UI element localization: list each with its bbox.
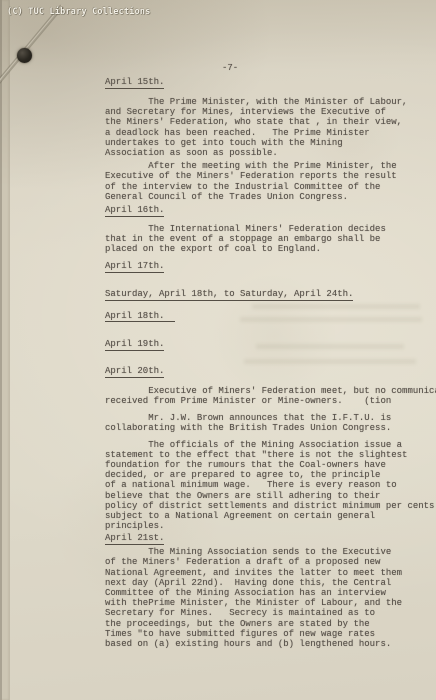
text-line: foundation for the rumours that the Coal… bbox=[105, 460, 436, 470]
paragraph: Mr. J.W. Brown announces that the I.F.T.… bbox=[105, 413, 436, 433]
text-line: decided, or are prepared to agree to, th… bbox=[105, 470, 436, 480]
paragraph: After the meeting with the Prime Ministe… bbox=[105, 161, 436, 202]
typed-text-blocks: April 15th. The Prime Minister, with the… bbox=[105, 77, 436, 649]
text-line: Committee of the Mining Association has … bbox=[105, 588, 436, 598]
copyright-watermark: (C) TUC Library Collections bbox=[7, 6, 151, 18]
document-page: -7- April 15th. The Prime Minister, with… bbox=[9, 0, 436, 700]
paragraph: The International Miners' Federation dec… bbox=[105, 224, 436, 255]
text-line: Association as soon as possible. bbox=[105, 148, 436, 158]
text-line: Mr. J.W. Brown announces that the I.F.T.… bbox=[105, 413, 436, 423]
paragraph: The officials of the Mining Association … bbox=[105, 440, 436, 532]
paragraph: Executive of Miners' Federation meet, bu… bbox=[105, 386, 436, 406]
text-line: the proceedings, but the Owners are stat… bbox=[105, 619, 436, 629]
text-line: a deadlock has been reached. The Prime M… bbox=[105, 128, 436, 138]
text-line: principles. bbox=[105, 521, 436, 531]
text-line: undertakes to get into touch with the Mi… bbox=[105, 138, 436, 148]
date-heading: April 19th. bbox=[105, 339, 436, 351]
text-line: that in the event of a stoppage an embar… bbox=[105, 234, 436, 244]
page-number: -7- bbox=[222, 63, 436, 73]
text-column: -7- April 15th. The Prime Minister, with… bbox=[105, 63, 436, 649]
text-line: The Prime Minister, with the Minister of… bbox=[105, 97, 436, 107]
date-heading-text: Saturday, April 18th, to Saturday, April… bbox=[105, 289, 353, 301]
text-line: placed on the export of coal to England. bbox=[105, 244, 436, 254]
date-heading-text: April 18th. bbox=[105, 311, 175, 323]
hole-punch bbox=[17, 48, 32, 63]
text-line: of the interview to the Industrial Commi… bbox=[105, 182, 436, 192]
date-heading: April 20th. bbox=[105, 366, 436, 378]
date-heading: April 16th. bbox=[105, 205, 436, 217]
date-heading-text: April 20th. bbox=[105, 366, 164, 378]
date-heading-text: April 19th. bbox=[105, 339, 164, 351]
text-line: Executive of the Miners' Federation repo… bbox=[105, 171, 436, 181]
paragraph: The Mining Association sends to the Exec… bbox=[105, 547, 436, 649]
text-line: Times "to have submitted figures of new … bbox=[105, 629, 436, 639]
text-line: of the Miners' Federation a draft of a p… bbox=[105, 557, 436, 567]
date-heading: April 18th. bbox=[105, 311, 436, 323]
date-heading: Saturday, April 18th, to Saturday, April… bbox=[105, 289, 436, 301]
date-heading: April 21st. bbox=[105, 533, 436, 545]
text-line: and Secretary for Mines, interviews the … bbox=[105, 107, 436, 117]
text-line: received from Prime Minister or Mine-own… bbox=[105, 396, 436, 406]
text-line: next day (April 22nd). Having done this,… bbox=[105, 578, 436, 588]
text-line: National Agreement, and invites the latt… bbox=[105, 568, 436, 578]
date-heading: April 15th. bbox=[105, 77, 436, 89]
text-line: The Mining Association sends to the Exec… bbox=[105, 547, 436, 557]
text-line: After the meeting with the Prime Ministe… bbox=[105, 161, 436, 171]
text-line: The officials of the Mining Association … bbox=[105, 440, 436, 450]
text-line: Secretary for Mines. Secrecy is maintain… bbox=[105, 608, 436, 618]
text-line: with thePrime Minister, the Minister of … bbox=[105, 598, 436, 608]
date-heading-text: April 21st. bbox=[105, 533, 164, 545]
text-line: collaborating with the British Trades Un… bbox=[105, 423, 436, 433]
text-line: believe that the Owners are still adheri… bbox=[105, 491, 436, 501]
text-line: based on (a) existing hours and (b) leng… bbox=[105, 639, 436, 649]
date-heading-text: April 16th. bbox=[105, 205, 164, 217]
text-line: policy of district settlements and distr… bbox=[105, 501, 436, 511]
text-line: the Miners' Federation, who state that ,… bbox=[105, 117, 436, 127]
date-heading-text: April 15th. bbox=[105, 77, 164, 89]
text-line: statement to the effect that "there is n… bbox=[105, 450, 436, 460]
text-line: of a national minimum wage. There is eve… bbox=[105, 480, 436, 490]
date-heading: April 17th. bbox=[105, 261, 436, 273]
text-line: General Council of the Trades Union Cong… bbox=[105, 192, 436, 202]
text-line: subject to a National Agreement on certa… bbox=[105, 511, 436, 521]
scanned-document: -7- April 15th. The Prime Minister, with… bbox=[0, 0, 436, 700]
text-line: The International Miners' Federation dec… bbox=[105, 224, 436, 234]
date-heading-text: April 17th. bbox=[105, 261, 164, 273]
text-line: Executive of Miners' Federation meet, bu… bbox=[105, 386, 436, 396]
paragraph: The Prime Minister, with the Minister of… bbox=[105, 97, 436, 158]
